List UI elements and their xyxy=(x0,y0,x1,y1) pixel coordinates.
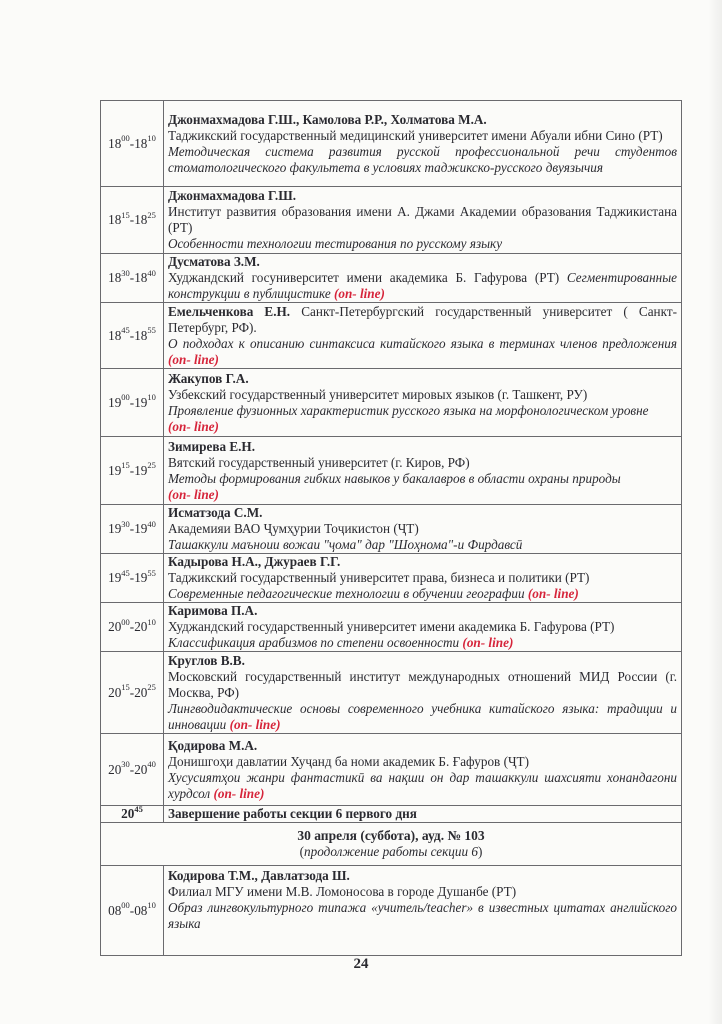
time-slot: 2015-2025 xyxy=(101,652,164,734)
table-row: 1815-1825 Джонмахмадова Г.Ш. Институт ра… xyxy=(101,187,682,254)
session-title: Методы формирования гибких навыков у бак… xyxy=(168,471,621,486)
online-badge: (on- line) xyxy=(168,487,219,502)
session-details: Емельченкова Е.Н. Санкт-Петербургский го… xyxy=(164,303,682,369)
time-slot: 1815-1825 xyxy=(101,187,164,254)
day-header: 30 апреля (суббота), ауд. № 103 (продолж… xyxy=(101,823,682,866)
end-of-day-note: Завершение работы секции 6 первого дня xyxy=(164,806,682,823)
online-badge: (on- line) xyxy=(168,352,219,367)
session-authors: Қодирова М.А. xyxy=(168,738,677,754)
time-slot: 1845-1855 xyxy=(101,303,164,369)
session-title: Проявление фузионных характеристик русск… xyxy=(168,403,649,418)
table-row: 2030-2040 Қодирова М.А. Донишгоҳи давлат… xyxy=(101,734,682,806)
session-authors: Круглов В.В. xyxy=(168,653,677,669)
session-affiliation: Донишгоҳи давлатии Хуҷанд ба номи академ… xyxy=(168,754,677,770)
session-details: Зимирева Е.Н. Вятский государственный ун… xyxy=(164,437,682,505)
session-details: Кодирова Т.М., Давлатзода Ш. Филиал МГУ … xyxy=(164,866,682,956)
page-number: 24 xyxy=(0,956,722,973)
table-row: 0800-0810 Кодирова Т.М., Давлатзода Ш. Ф… xyxy=(101,866,682,956)
online-badge: (on- line) xyxy=(528,586,579,601)
session-affiliation: Филиал МГУ имени М.В. Ломоносова в город… xyxy=(168,884,677,900)
online-badge: (on- line) xyxy=(334,286,385,301)
session-title: Образ лингвокультурного типажа «учитель/… xyxy=(168,900,677,931)
session-authors: Жакупов Г.А. xyxy=(168,371,677,387)
session-authors: Кадырова Н.А., Джураев Г.Г. xyxy=(168,554,677,570)
end-of-day-text: Завершение работы секции 6 первого дня xyxy=(168,806,417,821)
session-authors: Дусматова З.М. xyxy=(168,254,677,270)
table-row: 2000-2010 Каримова П.А. Худжандский госу… xyxy=(101,603,682,652)
table-row: 1800-1810 Джонмахмадова Г.Ш., Камолова Р… xyxy=(101,101,682,187)
session-details: Дусматова З.М. Худжандский госуниверсите… xyxy=(164,254,682,303)
table-row: 2015-2025 Круглов В.В. Московский госуда… xyxy=(101,652,682,734)
session-details: Каримова П.А. Худжандский государственны… xyxy=(164,603,682,652)
session-details: Круглов В.В. Московский государственный … xyxy=(164,652,682,734)
session-details: Джонмахмадова Г.Ш. Институт развития обр… xyxy=(164,187,682,254)
session-details: Жакупов Г.А. Узбекский государственный у… xyxy=(164,369,682,437)
session-affiliation: Таджикский государственный медицинский у… xyxy=(168,128,677,144)
session-affiliation: Академияи ВАО Ҷумҳурии Тоҷикистон (ҶТ) xyxy=(168,521,677,537)
session-affiliation: Вятский государственный университет (г. … xyxy=(168,455,677,471)
time-slot: 1945-1955 xyxy=(101,554,164,603)
session-affiliation: Худжандский государственный университет … xyxy=(168,619,677,635)
session-affiliation: Институт развития образования имени А. Д… xyxy=(168,204,677,236)
time-slot: 1900-1910 xyxy=(101,369,164,437)
day-subtitle: (продолжение работы секции 6) xyxy=(300,844,483,859)
session-affiliation: Узбекский государственный университет ми… xyxy=(168,387,677,403)
session-affiliation: Московский государственный институт межд… xyxy=(168,669,677,701)
table-row: 1830-1840 Дусматова З.М. Худжандский гос… xyxy=(101,254,682,303)
table-row: 1945-1955 Кадырова Н.А., Джураев Г.Г. Та… xyxy=(101,554,682,603)
session-authors: Джонмахмадова Г.Ш. xyxy=(168,188,677,204)
table-row: 1930-1940 Исматзода С.М. Академияи ВАО Ҷ… xyxy=(101,505,682,554)
online-badge: (on- line) xyxy=(230,717,281,732)
session-authors: Каримова П.А. xyxy=(168,603,677,619)
session-affiliation: Худжандский госуниверситет имени академи… xyxy=(168,270,559,285)
table-row-end-of-day: 2045 Завершение работы секции 6 первого … xyxy=(101,806,682,823)
session-authors: Джонмахмадова Г.Ш., Камолова Р.Р., Холма… xyxy=(168,112,677,128)
time-slot: 1915-1925 xyxy=(101,437,164,505)
time-slot: 0800-0810 xyxy=(101,866,164,956)
session-details: Кадырова Н.А., Джураев Г.Г. Таджикский г… xyxy=(164,554,682,603)
session-title: О подходах к описанию синтаксиса китайск… xyxy=(168,336,677,351)
session-details: Джонмахмадова Г.Ш., Камолова Р.Р., Холма… xyxy=(164,101,682,187)
session-title: Современные педагогические технологии в … xyxy=(168,586,525,601)
online-badge: (on- line) xyxy=(462,635,513,650)
online-badge: (on- line) xyxy=(213,786,264,801)
end-time: 2045 xyxy=(101,806,164,823)
session-authors: Исматзода С.М. xyxy=(168,505,677,521)
table-row: 1915-1925 Зимирева Е.Н. Вятский государс… xyxy=(101,437,682,505)
session-authors: Кодирова Т.М., Давлатзода Ш. xyxy=(168,868,677,884)
session-details: Қодирова М.А. Донишгоҳи давлатии Хуҷанд … xyxy=(164,734,682,806)
day-header-row: 30 апреля (суббота), ауд. № 103 (продолж… xyxy=(101,823,682,866)
program-table: 1800-1810 Джонмахмадова Г.Ш., Камолова Р… xyxy=(100,100,682,956)
session-authors: Зимирева Е.Н. xyxy=(168,439,677,455)
time-slot: 2030-2040 xyxy=(101,734,164,806)
session-details: Исматзода С.М. Академияи ВАО Ҷумҳурии То… xyxy=(164,505,682,554)
table-row: 1845-1855 Емельченкова Е.Н. Санкт-Петерб… xyxy=(101,303,682,369)
session-authors: Емельченкова Е.Н. xyxy=(168,304,290,319)
session-title: Ташаккули маъноии вожаи "ҷома" дар "Шоҳн… xyxy=(168,537,522,552)
time-slot: 2000-2010 xyxy=(101,603,164,652)
online-badge: (on- line) xyxy=(168,419,219,434)
session-title: Особенности технологии тестирования по р… xyxy=(168,236,502,251)
time-slot: 1930-1940 xyxy=(101,505,164,554)
session-title: Методическая система развития русской пр… xyxy=(168,144,677,175)
page-edge-shadow xyxy=(708,0,722,1024)
time-slot: 1830-1840 xyxy=(101,254,164,303)
table-row: 1900-1910 Жакупов Г.А. Узбекский государ… xyxy=(101,369,682,437)
session-affiliation: Таджикский государственный университет п… xyxy=(168,570,677,586)
time-slot: 1800-1810 xyxy=(101,101,164,187)
session-title: Классификация арабизмов по степени освое… xyxy=(168,635,459,650)
day-title: 30 апреля (суббота), ауд. № 103 xyxy=(105,828,677,844)
